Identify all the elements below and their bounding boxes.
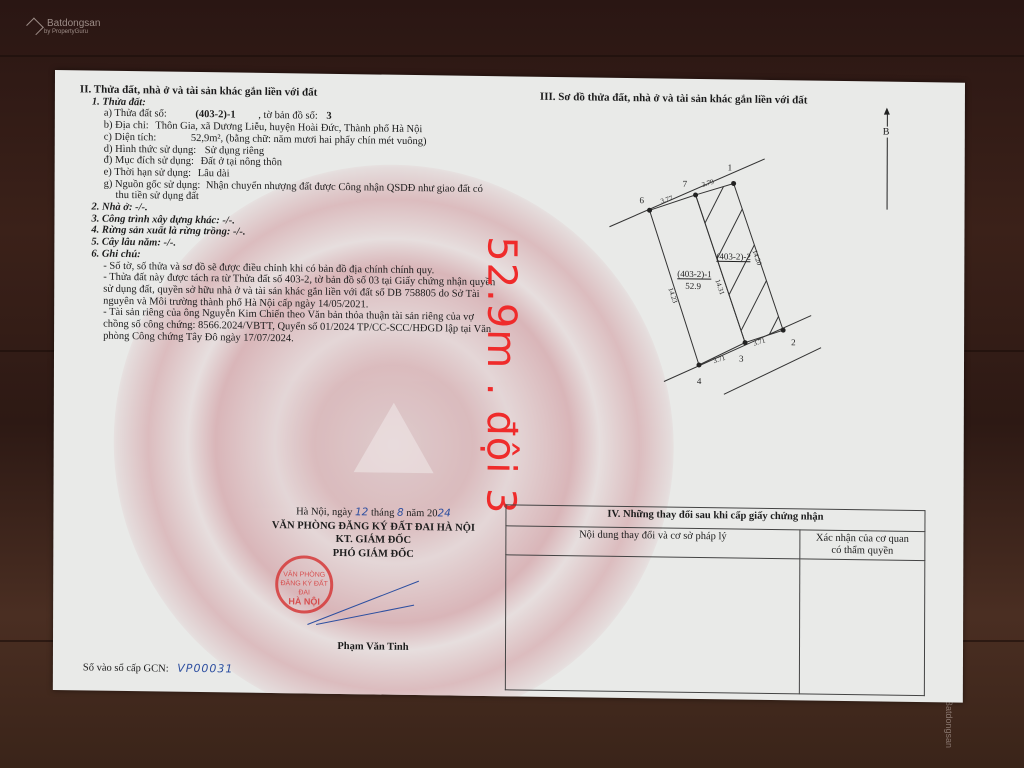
col-change-content: Nội dung thay đổi và cơ sở pháp lý <box>506 526 800 559</box>
land-certificate-page: II. Thửa đất, nhà ở và tài sản khác gắn … <box>53 70 965 703</box>
parcel-adjacent-label: (403-2)-2 <box>716 251 751 261</box>
date-prefix: Hà Nội, ngày <box>296 506 352 518</box>
date-year-suffix: 24 <box>437 507 450 519</box>
parcel-diagram: 123467 3.773.7914.203.713.7114.2314.31 (… <box>599 153 860 417</box>
date-month-label: tháng <box>371 507 394 518</box>
point-label: 3 <box>739 354 744 364</box>
date-day: 12 <box>355 506 368 518</box>
batdongsan-logo-icon <box>26 17 44 35</box>
usage-term-label: e) Thời hạn sử dụng: <box>104 167 192 179</box>
usage-purpose-value: Đất ở tại nông thôn <box>201 156 282 168</box>
brand-name: Batdongsan <box>47 18 100 29</box>
date-year-label: năm 20 <box>406 508 437 519</box>
register-label: Số vào sổ cấp GCN: <box>83 662 169 674</box>
usage-form-label: d) Hình thức sử dụng: <box>104 143 197 155</box>
north-arrow-icon <box>887 110 888 210</box>
handwritten-annotation: 52.9m . đội 3 <box>477 236 524 515</box>
date-month: 8 <box>397 507 404 519</box>
col2-line2: có thẩm quyền <box>804 544 920 558</box>
point-label: 4 <box>697 376 702 386</box>
wood-grain <box>0 55 1024 57</box>
area-label: c) Diện tích: <box>104 131 157 143</box>
point-label: 2 <box>791 337 796 347</box>
edge-label: 14.23 <box>666 287 679 305</box>
col2-line1: Xác nhận của cơ quan <box>804 532 920 546</box>
parcel-main-label: (403-2)-1 <box>677 269 712 279</box>
map-sheet-label: , tờ bản đồ số: <box>258 110 318 122</box>
parcel-number-label: a) Thửa đất số: <box>104 108 167 120</box>
edge-label: 3.79 <box>701 178 716 189</box>
north-label: B <box>883 127 890 138</box>
seal-line: HÀ NỘI <box>278 597 330 607</box>
edge-label: 3.77 <box>660 194 675 205</box>
brand-sub: by PropertyGuru <box>44 29 100 35</box>
usage-purpose-label: đ) Mục đích sử dụng: <box>104 155 194 167</box>
point-label: 6 <box>640 195 645 205</box>
seal-line: ĐĂNG KÝ ĐẤT ĐAI <box>278 579 330 598</box>
parcel-main-area: 52.9 <box>685 281 701 291</box>
note-item: - Tài sản riêng của ông Nguyễn Kim Chiến… <box>79 307 499 348</box>
edge-label: 14.20 <box>751 249 764 267</box>
edge-label: 3.71 <box>752 336 767 347</box>
section-2: II. Thửa đất, nhà ở và tài sản khác gắn … <box>79 84 500 347</box>
official-seal: VĂN PHÒNG ĐĂNG KÝ ĐẤT ĐAI HÀ NỘI <box>275 555 333 614</box>
col-authority-confirmation: Xác nhận của cơ quan có thẩm quyền <box>800 530 925 561</box>
register-value: VP00031 <box>177 662 233 676</box>
usage-term-value: Lâu dài <box>198 168 230 179</box>
parcel-main-outline <box>649 194 746 365</box>
section-3-title: III. Sơ đồ thửa đất, nhà ở và tài sản kh… <box>540 91 808 107</box>
point-label: 7 <box>683 179 688 189</box>
note-item: - Thửa đất này được tách ra từ Thửa đất … <box>79 272 499 313</box>
batdongsan-watermark-vertical: Batdongsan <box>944 700 954 748</box>
changes-table: IV. Những thay đổi sau khi cấp giấy chứn… <box>505 504 926 696</box>
batdongsan-watermark: Batdongsan by PropertyGuru <box>28 18 100 35</box>
map-sheet-value: 3 <box>326 111 331 122</box>
parcel-number-value: (403-2)-1 <box>195 109 235 121</box>
usage-form-value: Sử dụng riêng <box>205 145 264 157</box>
authority-cell <box>799 559 924 696</box>
change-content-cell <box>505 555 799 694</box>
edge-label: 3.71 <box>712 354 727 365</box>
address-label: b) Địa chỉ: <box>104 120 149 132</box>
register-number-row: Số vào sổ cấp GCN: VP00031 <box>83 660 234 675</box>
signature-block: Hà Nội, ngày 12 tháng 8 năm 2024 VĂN PHÒ… <box>228 504 518 562</box>
origin-label: g) Nguồn gốc sử dụng: <box>104 178 201 190</box>
point-label: 1 <box>728 162 733 172</box>
parcel-adjacent-outline <box>695 183 784 343</box>
